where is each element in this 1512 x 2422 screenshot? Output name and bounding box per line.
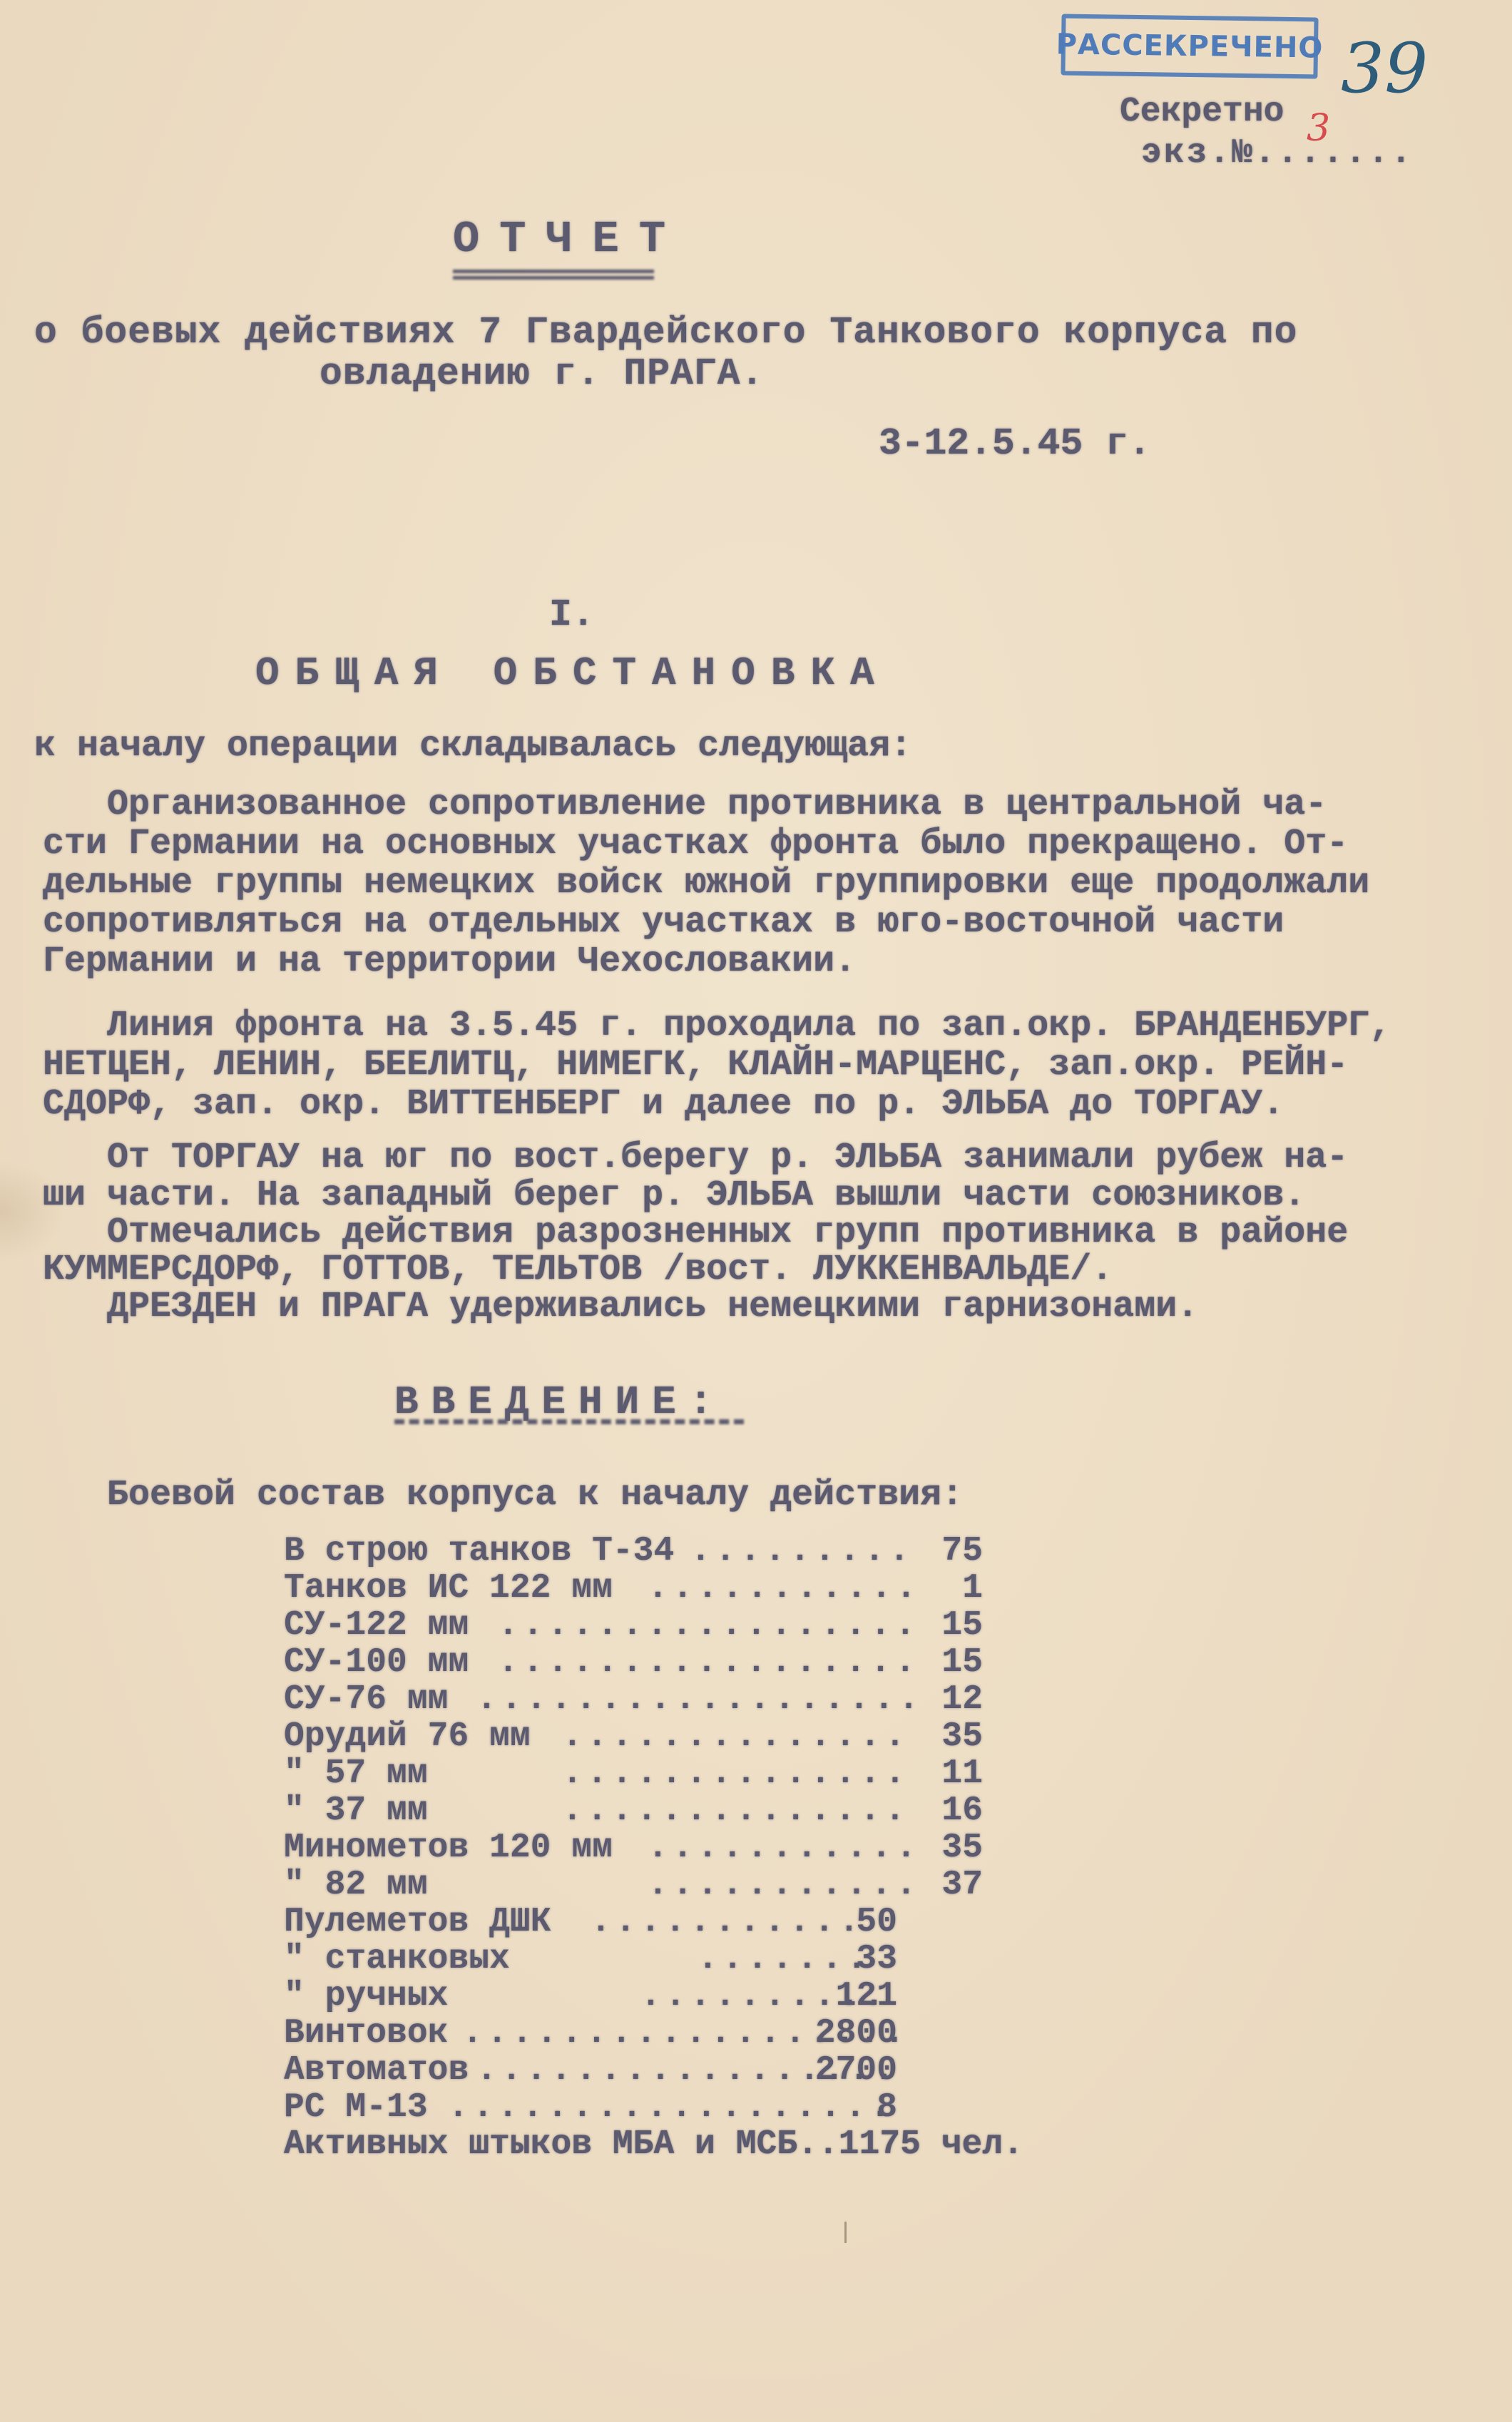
inventory-label: Танков ИС 122 мм xyxy=(284,1569,613,1608)
paragraph3-line: КУММЕРСДОРФ, ГОТТОВ, ТЕЛЬТОВ /вост. ЛУКК… xyxy=(43,1250,1113,1290)
inventory-row: В строю танков Т-34.........75 xyxy=(284,1532,983,1569)
inventory-value: 15 xyxy=(941,1643,983,1682)
report-title: ОТЧЕТ xyxy=(453,214,685,265)
inventory-label: Автоматов xyxy=(284,2051,469,2090)
inventory-row: Минометов 120 мм...........35 xyxy=(284,1829,983,1866)
inventory-row: " станковых.......33 xyxy=(284,1940,897,1977)
leader-dots: .................. xyxy=(448,2088,894,2127)
inventory-label: " станковых xyxy=(284,1940,510,1978)
introduction-title: ВВЕДЕНИЕ: xyxy=(394,1379,725,1425)
leader-dots: ........... xyxy=(648,1829,921,1867)
inventory-value: 16 xyxy=(941,1792,983,1830)
inventory-label: Минометов 120 мм xyxy=(284,1829,613,1867)
inventory-row: " ручных..........121 xyxy=(284,1977,897,2014)
section-lead: к началу операции складывалась следующая… xyxy=(34,726,911,767)
inventory-value: 121 xyxy=(836,1977,897,2015)
inventory-value: 37 xyxy=(941,1866,983,1904)
copy-number-line: экз.№....... xyxy=(1141,134,1414,173)
leader-dots: ................. xyxy=(498,1643,920,1682)
paragraph3-line: Отмечались действия разрозненных групп п… xyxy=(107,1212,1348,1253)
report-subtitle-line1: о боевых действиях 7 Гвардейского Танков… xyxy=(34,311,1297,354)
inventory-label: " 57 мм xyxy=(284,1754,428,1793)
paragraph1-line: сопротивляться на отдельных участках в ю… xyxy=(43,902,1284,943)
inventory-row: СУ-100 мм.................15 xyxy=(284,1643,983,1680)
leader-dots: ......... xyxy=(690,1532,914,1570)
inventory-row: Пулеметов ДШК...........50 xyxy=(284,1903,897,1940)
paragraph2-line: СДОРФ, зап. окр. ВИТТЕНБЕРГ и далее по р… xyxy=(43,1084,1284,1125)
inventory-label: Винтовок xyxy=(284,2014,448,2053)
copy-number-handwritten: 3 xyxy=(1307,107,1330,150)
inventory-label: РС М-13 xyxy=(284,2088,428,2127)
leader-dots: ................. xyxy=(498,1606,920,1645)
inventory-row: " 82 мм...........37 xyxy=(284,1866,983,1903)
declassified-stamp: РАССЕКРЕЧЕНО xyxy=(1061,14,1318,78)
inventory-label: " ручных xyxy=(284,1977,448,2015)
leader-dots: .............. xyxy=(562,1717,909,1756)
pencil-mark xyxy=(844,2222,847,2243)
inventory-row: " 57 мм..............11 xyxy=(284,1754,983,1792)
inventory-label: " 82 мм xyxy=(284,1866,428,1904)
paragraph3-line: ДРЕЗДЕН и ПРАГА удерживались немецкими г… xyxy=(107,1287,1198,1327)
report-date: 3-12.5.45 г. xyxy=(879,422,1151,465)
paragraph3-line: От ТОРГАУ на юг по вост.берегу р. ЭЛЬБА … xyxy=(107,1138,1348,1178)
classification-label: Секретно xyxy=(1120,93,1284,131)
inventory-row: СУ-122 мм.................15 xyxy=(284,1606,983,1643)
paragraph3-line: ши части. На западный берег р. ЭЛЬБА выш… xyxy=(43,1175,1305,1216)
inventory-label: СУ-122 мм xyxy=(284,1606,469,1645)
inventory-label: Пулеметов ДШК xyxy=(284,1903,551,1941)
leader-dots: .............. xyxy=(562,1754,909,1793)
inventory-row: РС М-13..................8 xyxy=(284,2088,897,2125)
inventory-label: В строю танков Т-34 xyxy=(284,1532,674,1570)
paragraph2-line: Линия фронта на 3.5.45 г. проходила по з… xyxy=(107,1006,1391,1046)
inventory-label: СУ-76 мм xyxy=(284,1680,448,1719)
inventory-value: 2800 xyxy=(815,2014,897,2053)
folio-number: 39 xyxy=(1341,29,1428,108)
inventory-value: 35 xyxy=(941,1829,983,1867)
inventory-value: 12 xyxy=(941,1680,983,1719)
composition-lead: Боевой состав корпуса к началу действия: xyxy=(107,1475,963,1516)
inventory-value: 11 xyxy=(941,1754,983,1793)
inventory-row: Танков ИС 122 мм...........1 xyxy=(284,1569,983,1606)
section-title: ОБЩАЯ ОБСТАНОВКА xyxy=(255,650,890,696)
leader-dots: ........... xyxy=(591,1903,864,1941)
inventory-row: Орудий 76 мм..............35 xyxy=(284,1717,983,1754)
inventory-row: " 37 мм..............16 xyxy=(284,1792,983,1829)
inventory-label: " 37 мм xyxy=(284,1792,428,1830)
leader-dots: ........... xyxy=(648,1569,921,1608)
inventory-value: 1 xyxy=(962,1569,983,1608)
inventory-value: 33 xyxy=(856,1940,897,1978)
inventory-row: Винтовок..................2800 xyxy=(284,2014,897,2051)
inventory-row: Автоматов.................2700 xyxy=(284,2051,897,2088)
paragraph1-line: сти Германии на основных участках фронта… xyxy=(43,824,1348,864)
paragraph2-line: НЕТЦЕН, ЛЕНИН, БЕЕЛИТЦ, НИМЕГК, КЛАЙН-МА… xyxy=(43,1045,1348,1085)
inventory-value: 75 xyxy=(941,1532,983,1570)
paragraph1-line: Германии и на территории Чехословакии. xyxy=(43,941,856,982)
inventory-value: 8 xyxy=(877,2088,897,2127)
paragraph1-line: Организованное сопротивление противника … xyxy=(107,785,1327,825)
title-underline xyxy=(453,270,654,280)
leader-dots: .................. xyxy=(476,1680,923,1719)
inventory-value: 35 xyxy=(941,1717,983,1756)
inventory-label: СУ-100 мм xyxy=(284,1643,469,1682)
report-subtitle-line2: овладению г. ПРАГА. xyxy=(320,352,764,395)
active-bayonets-line: Активных штыков МБА и МСБ..1175 чел. xyxy=(284,2125,1023,2164)
document-page: РАССЕКРЕЧЕНО 39 Секретно экз.№....... 3 … xyxy=(0,0,1512,2422)
inventory-value: 15 xyxy=(941,1606,983,1645)
section-number: I. xyxy=(549,593,595,636)
leader-dots: .............. xyxy=(562,1792,909,1830)
introduction-underline xyxy=(394,1419,744,1424)
inventory-row: СУ-76 мм..................12 xyxy=(284,1680,983,1717)
inventory-value: 2700 xyxy=(815,2051,897,2090)
leader-dots: ........... xyxy=(648,1866,921,1904)
inventory-label: Орудий 76 мм xyxy=(284,1717,531,1756)
leader-dots: ....... xyxy=(698,1940,872,1978)
paragraph1-line: дельные группы немецких войск южной груп… xyxy=(43,863,1369,904)
inventory-value: 50 xyxy=(856,1903,897,1941)
